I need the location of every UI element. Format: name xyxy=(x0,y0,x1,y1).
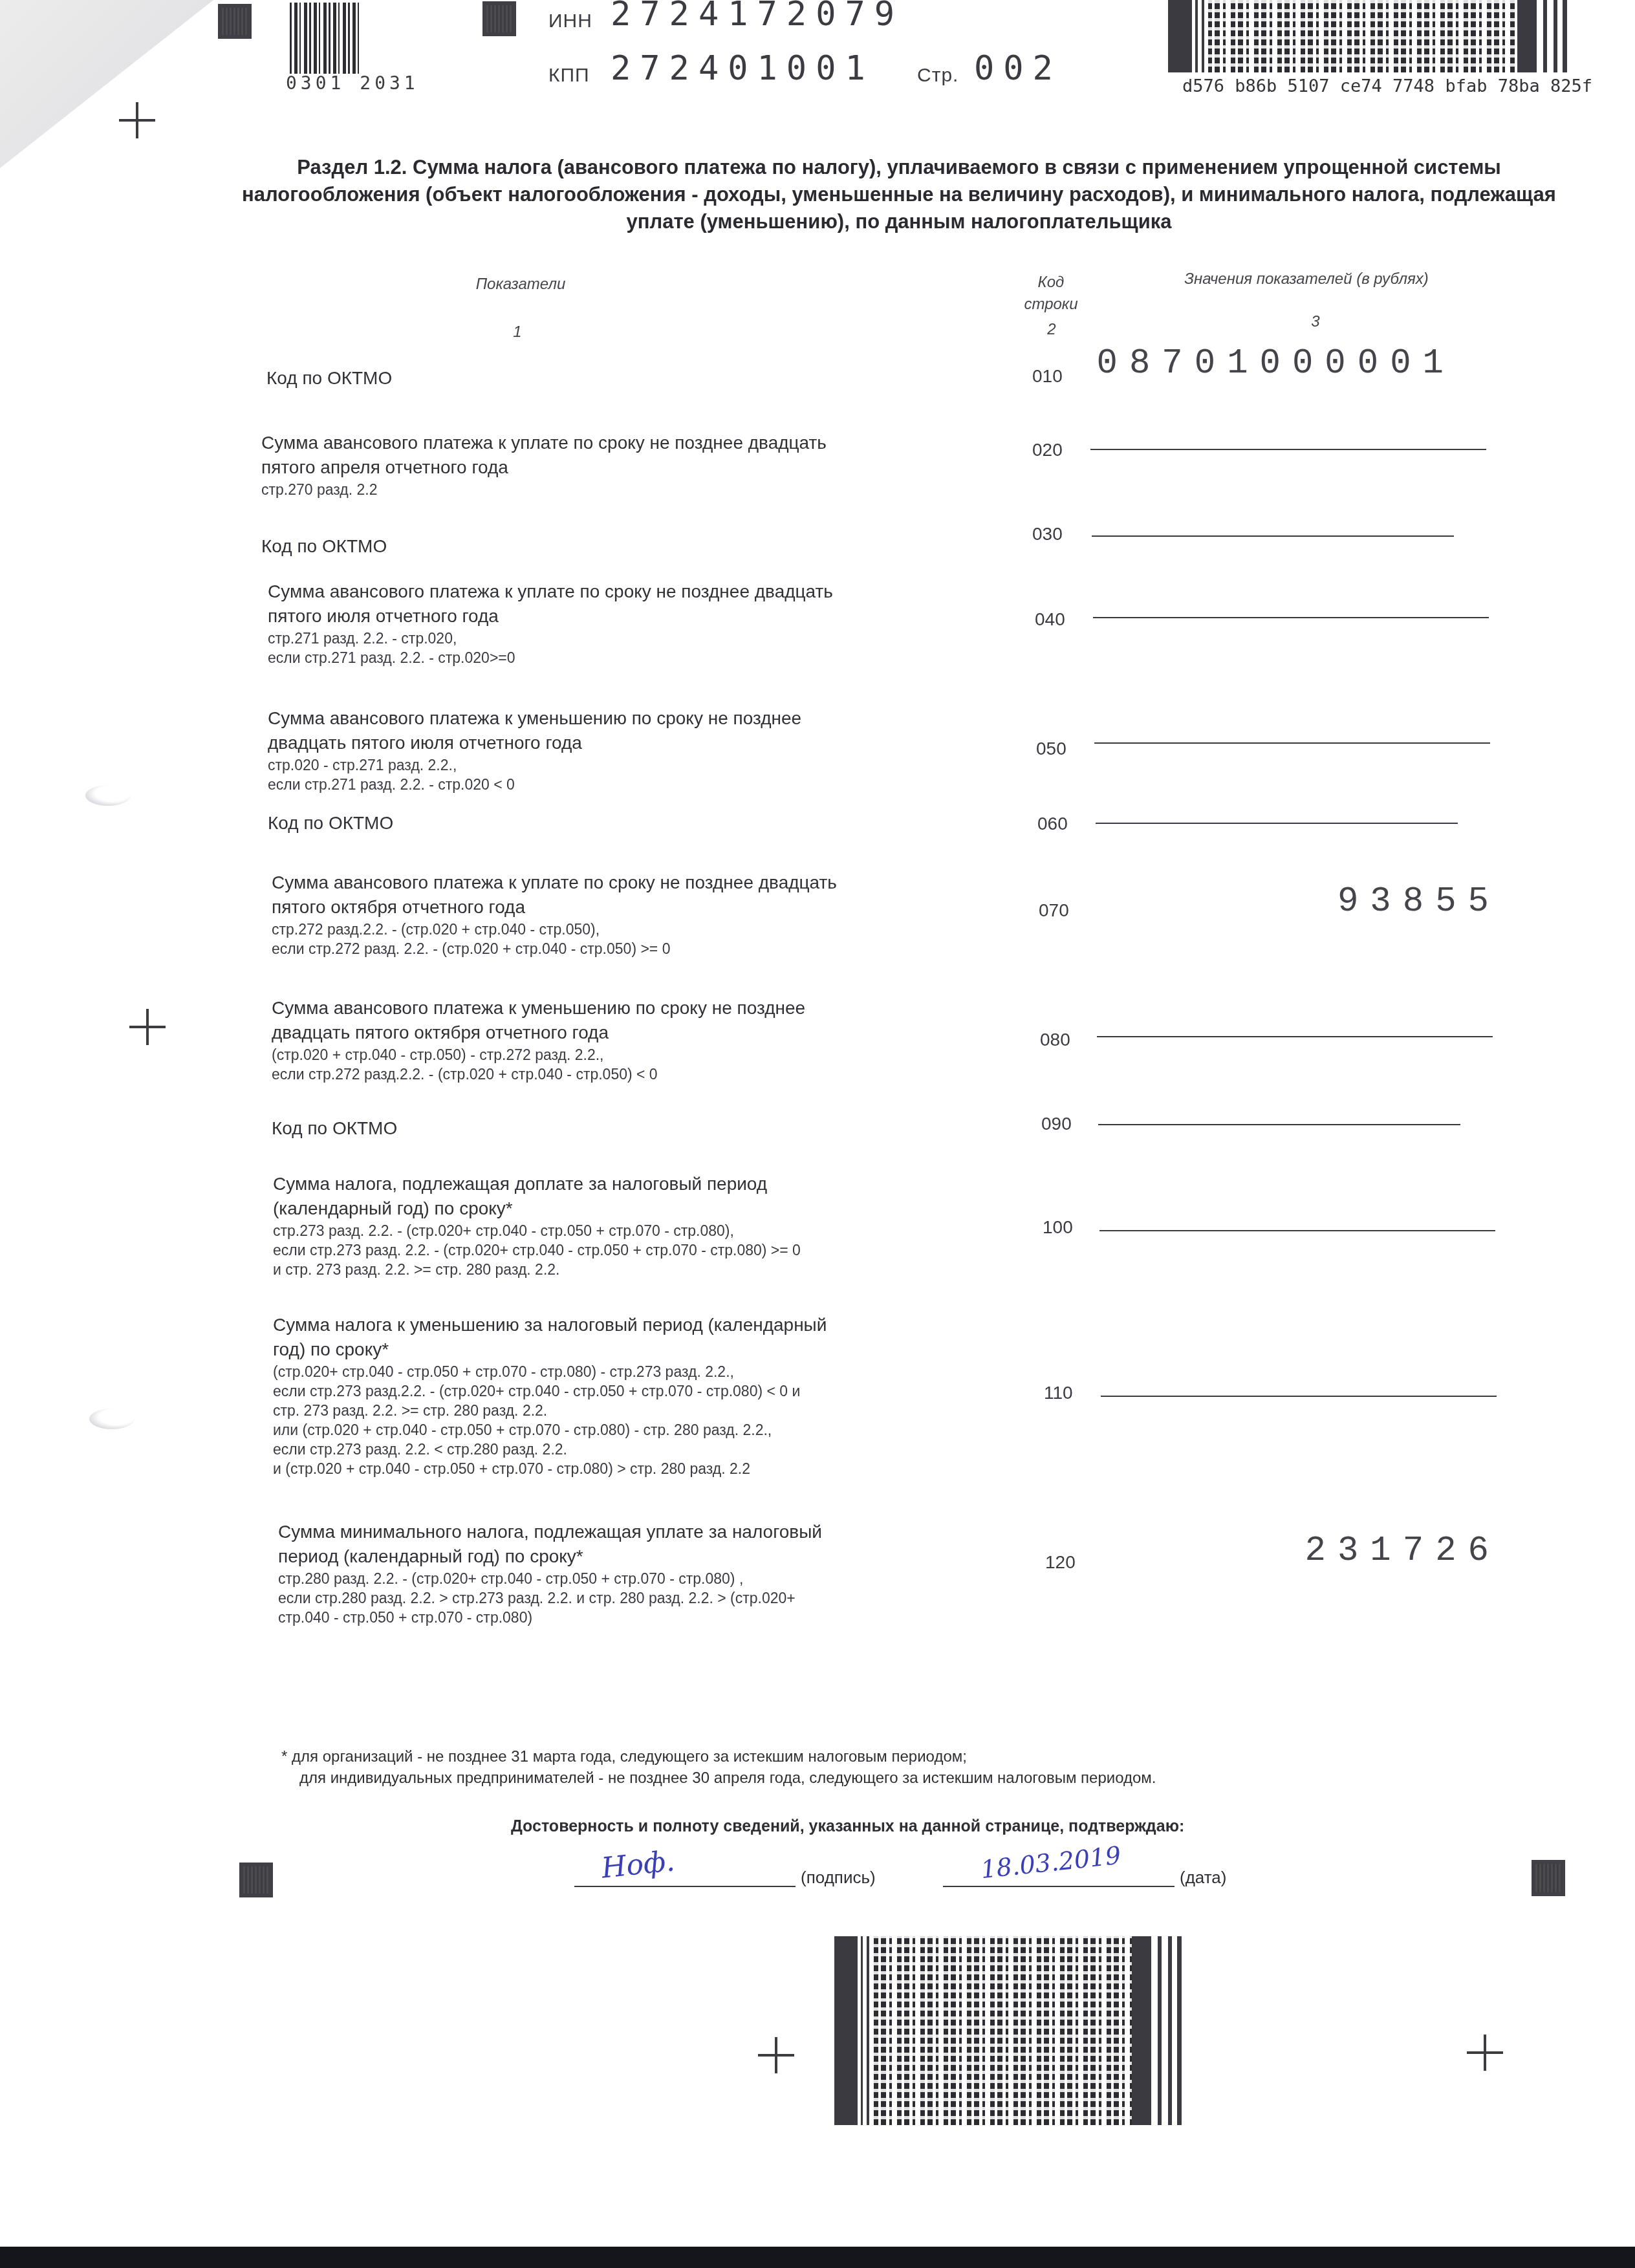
row-formula: и стр. 273 разд. 2.2. >= стр. 280 разд. … xyxy=(273,1260,971,1279)
crosshair-icon xyxy=(129,1009,166,1045)
value-field-070[interactable]: 93855 xyxy=(1229,882,1500,922)
row-label-020: Сумма авансового платежа к уплате по сро… xyxy=(261,431,960,499)
form-barcode xyxy=(290,3,360,74)
row-code-070: 070 xyxy=(1039,900,1090,921)
row-title: Сумма авансового платежа к уменьшению по… xyxy=(272,996,854,1045)
value-field-090-empty[interactable] xyxy=(1098,1124,1460,1125)
row-title: Код по ОКТМО xyxy=(272,1116,970,1141)
row-title: Сумма авансового платежа к уплате по сро… xyxy=(261,431,843,480)
folded-corner xyxy=(0,0,213,168)
document-hash: d576 b86b 5107 ce74 7748 bfab 78ba 825f xyxy=(1182,76,1592,96)
row-formula: стр.273 разд. 2.2. - (стр.020+ стр.040 -… xyxy=(273,1221,971,1240)
row-formula: если стр.273 разд.2.2. - (стр.020+ стр.0… xyxy=(273,1381,971,1401)
row-title: Сумма авансового платежа к уплате по сро… xyxy=(272,870,854,920)
row-code-030: 030 xyxy=(1032,524,1084,545)
row-formula: если стр.272 разд. 2.2. - (стр.020 + стр… xyxy=(272,939,970,958)
value-field-020-empty[interactable] xyxy=(1090,449,1486,450)
crosshair-icon xyxy=(758,2037,794,2073)
registration-marker-bottom-right xyxy=(1532,1860,1565,1896)
row-label-110: Сумма налога к уменьшению за налоговый п… xyxy=(273,1313,971,1478)
signature: Ноф. xyxy=(600,1844,677,1885)
row-code-040: 040 xyxy=(1035,609,1087,630)
confirmation-text: Достоверность и полноту сведений, указан… xyxy=(511,1817,1184,1836)
date-field[interactable] xyxy=(943,1886,1175,1887)
signature-caption: (подпись) xyxy=(801,1868,876,1888)
section-title: Раздел 1.2. Сумма налога (авансового пла… xyxy=(233,154,1565,235)
row-title: Код по ОКТМО xyxy=(268,811,966,836)
row-formula: стр.271 разд. 2.2. - стр.020, xyxy=(268,629,966,648)
row-title: Сумма минимального налога, подлежащая уп… xyxy=(278,1520,860,1569)
row-label-030: Код по ОКТМО xyxy=(261,534,960,559)
value-field-040-empty[interactable] xyxy=(1093,617,1489,618)
column-header-code: Код строки xyxy=(1009,272,1093,316)
row-code-010: 010 xyxy=(1032,366,1084,387)
column-header-indicators: Показатели xyxy=(440,275,601,294)
footnote: * для организаций - не позднее 31 марта … xyxy=(281,1746,1156,1789)
value-field-010[interactable]: 08701000001 xyxy=(1093,344,1455,383)
row-formula: если стр.271 разд. 2.2. - стр.020>=0 xyxy=(268,648,966,667)
row-title: Сумма налога, подлежащая доплате за нало… xyxy=(273,1172,855,1221)
row-label-100: Сумма налога, подлежащая доплате за нало… xyxy=(273,1172,971,1279)
row-formula: стр.020 - стр.271 разд. 2.2., xyxy=(268,755,966,775)
crosshair-icon xyxy=(119,102,155,138)
page-number: 002 xyxy=(974,49,1062,88)
form-barcode-number: 0301 2031 xyxy=(286,72,448,94)
kpp-value: 272401001 xyxy=(611,49,874,88)
row-label-080: Сумма авансового платежа к уменьшению по… xyxy=(272,996,970,1084)
row-code-020: 020 xyxy=(1032,440,1084,460)
signature-date: 18.03.2019 xyxy=(979,1841,1122,1885)
row-formula: и (стр.020 + стр.040 - стр.050 + стр.070… xyxy=(273,1459,971,1478)
row-label-120: Сумма минимального налога, подлежащая уп… xyxy=(278,1520,977,1627)
signature-field[interactable] xyxy=(574,1886,796,1887)
value-field-060-empty[interactable] xyxy=(1096,823,1458,824)
row-formula: стр.280 разд. 2.2. - (стр.020+ стр.040 -… xyxy=(278,1569,977,1588)
row-formula: стр.270 разд. 2.2 xyxy=(261,480,960,499)
row-formula: (стр.020+ стр.040 - стр.050 + стр.070 - … xyxy=(273,1362,971,1381)
row-label-070: Сумма авансового платежа к уплате по сро… xyxy=(272,870,970,958)
kpp-label: КПП xyxy=(548,65,590,87)
row-formula: стр. 273 разд. 2.2. >= стр. 280 разд. 2.… xyxy=(273,1401,971,1420)
row-code-100: 100 xyxy=(1043,1217,1094,1238)
row-label-040: Сумма авансового платежа к уплате по сро… xyxy=(268,579,966,667)
column-header-values: Значения показателей (в рублях) xyxy=(1138,270,1475,288)
row-title: Код по ОКТМО xyxy=(261,534,960,559)
registration-marker-top-left xyxy=(218,4,252,39)
registration-marker-top-mid xyxy=(482,1,516,36)
bottom-2d-barcode xyxy=(834,1936,1184,2125)
row-title: Сумма налога к уменьшению за налоговый п… xyxy=(273,1313,855,1362)
row-title: Сумма авансового платежа к уменьшению по… xyxy=(268,706,850,755)
value-field-030-empty[interactable] xyxy=(1092,535,1454,537)
row-label-050: Сумма авансового платежа к уменьшению по… xyxy=(268,706,966,794)
row-code-050: 050 xyxy=(1036,739,1088,759)
row-formula: если стр.271 разд. 2.2. - стр.020 < 0 xyxy=(268,775,966,794)
punch-hole xyxy=(89,1409,135,1429)
crosshair-icon xyxy=(1467,2035,1503,2071)
row-formula: стр.040 - стр.050 + стр.070 - стр.080) xyxy=(278,1608,977,1627)
scan-edge xyxy=(0,2247,1635,2268)
date-caption: (дата) xyxy=(1180,1868,1226,1888)
page-label: Стр. xyxy=(917,65,958,87)
row-title: Код по ОКТМО xyxy=(266,366,965,391)
value-field-120[interactable]: 231726 xyxy=(1216,1531,1500,1571)
row-title: Сумма авансового платежа к уплате по сро… xyxy=(268,579,850,629)
registration-marker-bottom-left xyxy=(239,1863,273,1897)
row-formula: если стр.272 разд.2.2. - (стр.020 + стр.… xyxy=(272,1064,970,1084)
row-formula: или (стр.020 + стр.040 - стр.050 + стр.0… xyxy=(273,1420,971,1440)
value-field-050-empty[interactable] xyxy=(1094,742,1490,744)
row-formula: (стр.020 + стр.040 - стр.050) - стр.272 … xyxy=(272,1045,970,1064)
column-number-3: 3 xyxy=(1303,313,1328,331)
punch-hole xyxy=(85,785,131,806)
row-label-090: Код по ОКТМО xyxy=(272,1116,970,1141)
column-number-2: 2 xyxy=(1039,321,1065,339)
row-label-010: Код по ОКТМО xyxy=(266,366,965,391)
row-code-120: 120 xyxy=(1045,1552,1097,1573)
row-code-110: 110 xyxy=(1044,1383,1096,1403)
value-field-080-empty[interactable] xyxy=(1097,1036,1493,1037)
row-formula: стр.272 разд.2.2. - (стр.020 + стр.040 -… xyxy=(272,920,970,939)
row-code-060: 060 xyxy=(1037,814,1089,834)
row-formula: если стр.280 разд. 2.2. > стр.273 разд. … xyxy=(278,1588,977,1608)
row-formula: если стр.273 разд. 2.2. < стр.280 разд. … xyxy=(273,1440,971,1459)
inn-value: 2724172079 xyxy=(611,0,904,34)
inn-label: ИНН xyxy=(548,10,592,32)
row-formula: если стр.273 разд. 2.2. - (стр.020+ стр.… xyxy=(273,1240,971,1260)
row-label-060: Код по ОКТМО xyxy=(268,811,966,836)
row-code-090: 090 xyxy=(1041,1114,1093,1134)
column-number-1: 1 xyxy=(504,323,530,341)
footnote-organizations: * для организаций - не позднее 31 марта … xyxy=(281,1746,1156,1767)
top-2d-barcode xyxy=(1168,0,1569,72)
value-field-100-empty[interactable] xyxy=(1099,1230,1495,1231)
row-code-080: 080 xyxy=(1040,1030,1092,1050)
footnote-entrepreneurs: для индивидуальных предпринимателей - не… xyxy=(281,1767,1156,1789)
value-field-110-empty[interactable] xyxy=(1101,1396,1497,1397)
